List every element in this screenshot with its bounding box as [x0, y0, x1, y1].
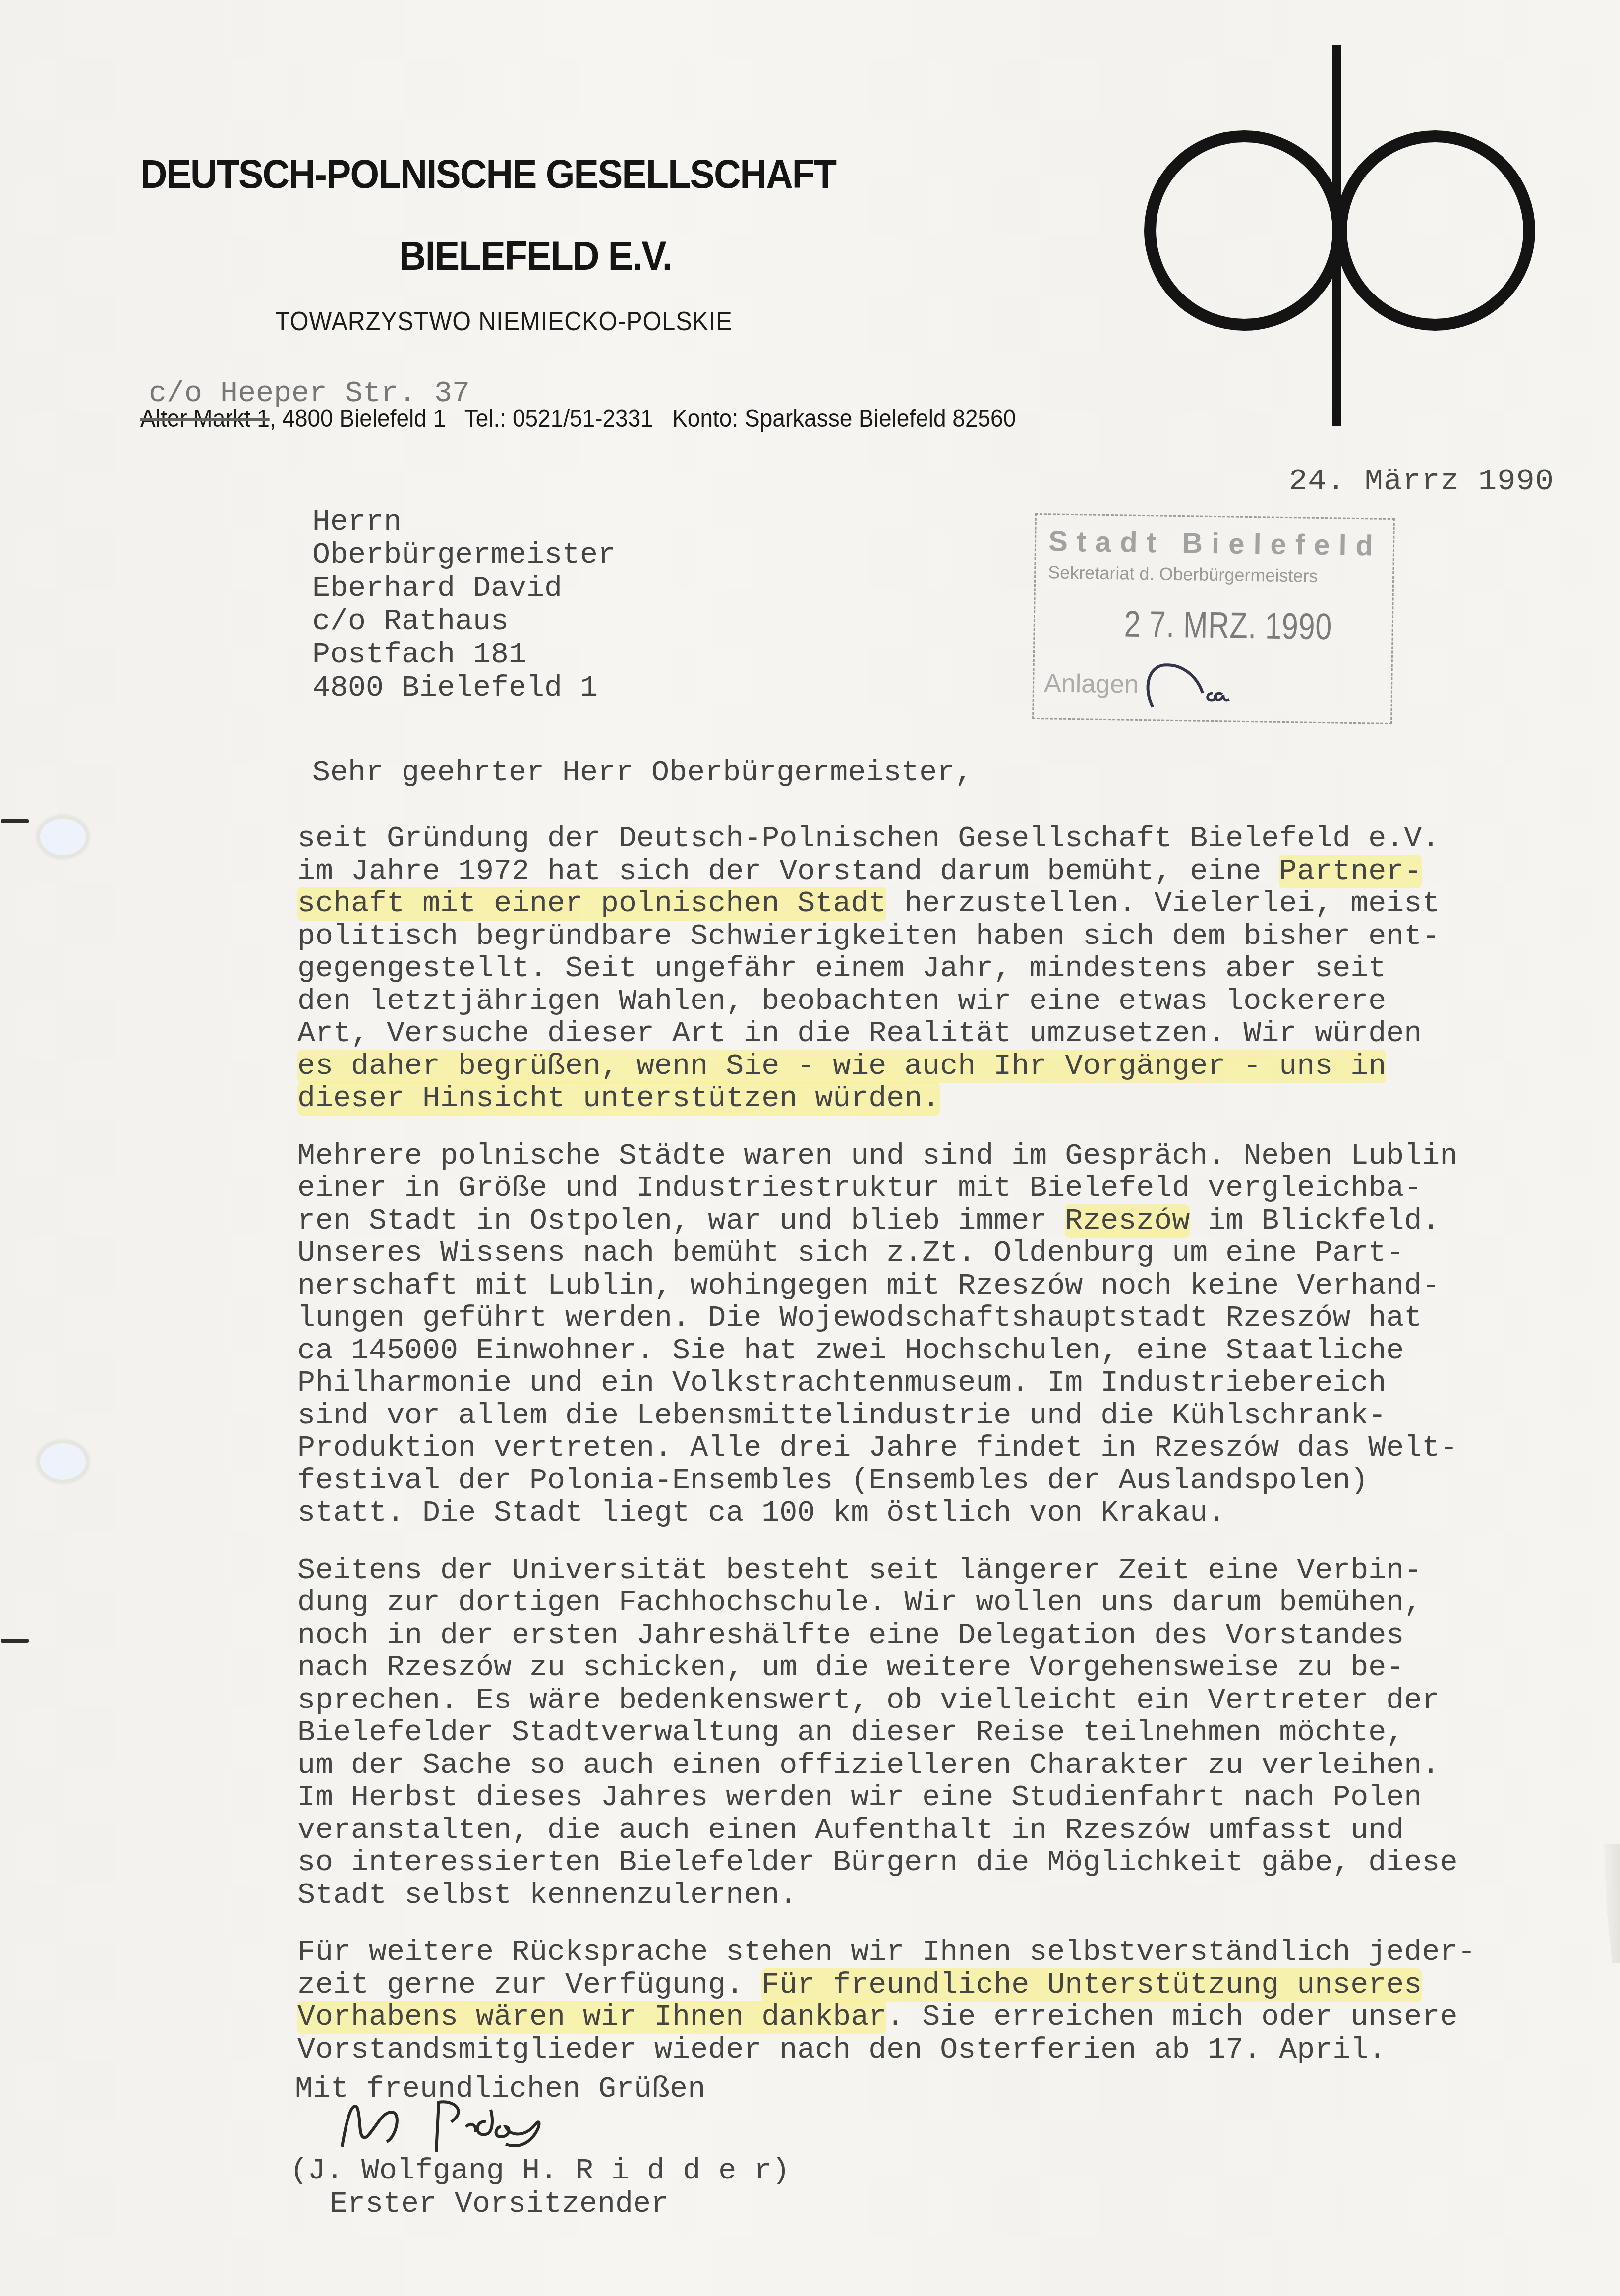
- recipient-line: c/o Rathaus: [312, 605, 616, 639]
- punch-hole: [37, 816, 89, 858]
- org-name-polish: TOWARZYSTWO NIEMIECKO-POLSKIE: [275, 306, 733, 337]
- margin-fold-mark: [1, 1639, 29, 1643]
- text-line: sprechen. Es wäre bedenkenswert, ob viel…: [297, 1685, 1620, 1717]
- highlighted-text: Rzeszów: [1065, 1204, 1190, 1238]
- handwritten-signature-icon: [337, 2097, 595, 2159]
- struck-address: Alter Markt 1: [140, 405, 270, 432]
- text-line: Vorstandsmitglieder wieder nach den Oste…: [297, 2034, 1620, 2067]
- text-line: sind vor allem die Lebensmittelindustrie…: [297, 1400, 1620, 1433]
- highlighted-text: schaft mit einer polnischen Stadt: [297, 887, 886, 921]
- text-line: gegengestellt. Seit ungefähr einem Jahr,…: [297, 953, 1620, 986]
- paragraph: Mehrere polnische Städte waren und sind …: [297, 1140, 1620, 1530]
- text-line: ca 145000 Einwohner. Sie hat zwei Hochsc…: [297, 1335, 1620, 1368]
- text-line: Mehrere polnische Städte waren und sind …: [297, 1140, 1620, 1173]
- org-name-line1: DEUTSCH-POLNISCHE GESELLSCHAFT: [140, 151, 836, 198]
- text-line: statt. Die Stadt liegt ca 100 km östlich…: [297, 1497, 1620, 1530]
- received-stamp: Stadt Bielefeld Sekretariat d. Oberbürge…: [1032, 513, 1395, 724]
- text-line: seit Gründung der Deutsch-Polnischen Ges…: [297, 823, 1620, 856]
- bank-account: Konto: Sparkasse Bielefeld 82560: [672, 405, 1016, 432]
- text-line: so interessierten Bielefelder Bürgern di…: [297, 1847, 1620, 1880]
- text-line: Seitens der Universität besteht seit län…: [297, 1555, 1620, 1588]
- text-line: veranstalten, die auch einen Aufenthalt …: [297, 1815, 1620, 1847]
- signatory-name: (J. Wolfgang H. R i d d e r): [290, 2154, 790, 2188]
- salutation: Sehr geehrter Herr Oberbürgermeister,: [312, 756, 973, 790]
- stamp-attachments-label: Anlagen: [1044, 668, 1139, 700]
- recipient-address: Herrn Oberbürgermeister Eberhard David c…: [312, 506, 616, 705]
- margin-fold-mark: [1, 819, 29, 823]
- text-line: im Jahre 1972 hat sich der Vorstand daru…: [297, 856, 1620, 888]
- recipient-line: Postfach 181: [312, 639, 616, 672]
- text-line: den letztjährigen Wahlen, beobachten wir…: [297, 986, 1620, 1018]
- text-line: Für weitere Rücksprache stehen wir Ihnen…: [297, 1937, 1620, 1969]
- text-line: zeit gerne zur Verfügung. Für freundlich…: [297, 1969, 1620, 2002]
- text-line: Vorhabens wären wir Ihnen dankbar. Sie e…: [297, 2002, 1620, 2034]
- text-line: noch in der ersten Jahreshälfte eine Del…: [297, 1620, 1620, 1652]
- paragraph: Für weitere Rücksprache stehen wir Ihnen…: [297, 1937, 1620, 2066]
- text-line: Bielefelder Stadtverwaltung an dieser Re…: [297, 1717, 1620, 1750]
- letterhead-contact-line: Alter Markt 1, 4800 Bielefeld 1 Tel.: 05…: [140, 404, 1016, 433]
- text-line: Unseres Wissens nach bemüht sich z.Zt. O…: [297, 1237, 1620, 1270]
- highlighted-text: es daher begrüßen, wenn Sie - wie auch I…: [297, 1050, 1386, 1083]
- recipient-line: 4800 Bielefeld 1: [312, 672, 616, 705]
- text-line: Im Herbst dieses Jahres werden wir eine …: [297, 1782, 1620, 1815]
- recipient-line: Eberhard David: [312, 572, 616, 605]
- highlighted-text: Vorhabens wären wir Ihnen dankbar: [297, 2001, 886, 2034]
- stamp-received-date: 2 7. MRZ. 1990: [1124, 602, 1332, 648]
- text-line: schaft mit einer polnischen Stadt herzus…: [297, 888, 1620, 921]
- handwritten-initials-icon: [1143, 657, 1273, 714]
- paragraph: Seitens der Universität besteht seit län…: [297, 1555, 1620, 1912]
- stamp-department: Sekretariat d. Oberbürgermeisters: [1048, 562, 1318, 587]
- text-line: dieser Hinsicht unterstützen würden.: [297, 1083, 1620, 1116]
- org-name-line2: BIELEFELD E.V.: [399, 233, 672, 280]
- stamp-title: Stadt Bielefeld: [1048, 525, 1383, 562]
- text-line: einer in Größe und Industriestruktur mit…: [297, 1173, 1620, 1205]
- highlighted-text: Für freundliche Unterstützung unseres: [761, 1968, 1422, 2002]
- highlighted-text: Partner-: [1279, 855, 1422, 888]
- text-line: um der Sache so auch einen offizielleren…: [297, 1750, 1620, 1782]
- text-line: festival der Polonia-Ensembles (Ensemble…: [297, 1465, 1620, 1498]
- highlighted-text: dieser Hinsicht unterstützen würden.: [297, 1082, 940, 1116]
- letter-date: 24. Märrz 1990: [1289, 464, 1554, 499]
- text-line: Art, Versuche dieser Art in die Realität…: [297, 1018, 1620, 1051]
- dp-monogram-logo-icon: [1130, 40, 1552, 439]
- recipient-line: Herrn: [312, 506, 616, 539]
- recipient-line: Oberbürgermeister: [312, 539, 616, 572]
- phone-number: Tel.: 0521/51-2331: [464, 405, 653, 432]
- text-line: nerschaft mit Lublin, wohingegen mit Rze…: [297, 1270, 1620, 1303]
- text-line: ren Stadt in Ostpolen, war und blieb imm…: [297, 1205, 1620, 1238]
- address-city: , 4800 Bielefeld 1: [270, 405, 446, 432]
- text-line: nach Rzeszów zu schicken, um die weitere…: [297, 1652, 1620, 1685]
- paragraph: seit Gründung der Deutsch-Polnischen Ges…: [297, 823, 1620, 1116]
- punch-hole: [37, 1440, 89, 1483]
- signatory-title: Erster Vorsitzender: [330, 2187, 669, 2221]
- text-line: Stadt selbst kennenzulernen.: [297, 1880, 1620, 1912]
- text-line: dung zur dortigen Fachhochschule. Wir wo…: [297, 1587, 1620, 1620]
- text-line: Produktion vertreten. Alle drei Jahre fi…: [297, 1432, 1620, 1465]
- text-line: politisch begründbare Schwierigkeiten ha…: [297, 921, 1620, 953]
- text-line: lungen geführt werden. Die Wojewodschaft…: [297, 1302, 1620, 1335]
- text-line: es daher begrüßen, wenn Sie - wie auch I…: [297, 1051, 1620, 1083]
- text-line: Philharmonie und ein Volkstrachtenmuseum…: [297, 1367, 1620, 1400]
- letter-body: seit Gründung der Deutsch-Polnischen Ges…: [297, 823, 1620, 2091]
